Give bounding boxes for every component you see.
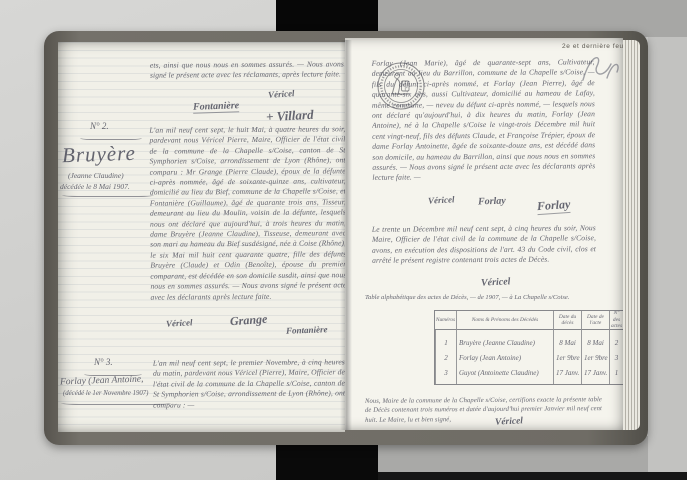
table-row-1-num: 1 [435,330,456,351]
right-page-edge-stack [623,40,640,430]
table-header-noms: Noms & Prénoms des Décédés [456,311,553,330]
table-header-date-deces: Date du décès [553,311,581,330]
table-row-1-name: Bruyère (Jeanne Claudine) [456,330,553,351]
table-row-3-acte: 17 Janv. [581,366,609,384]
act3-margin-name: Forlay (Jean Antoine, [60,375,144,388]
table-header-no-actes: N° des actes [609,311,623,330]
act3-margin-death-note: (décédé le 1er Novembre 1907) [63,390,148,397]
table-row-1-death: 8 Mai [553,330,581,351]
certification-text: Nous, Maire de la commune de la Chapelle… [365,395,602,427]
act2-deceased-name: Bruyère [62,141,137,169]
act2-death-note-rule [62,193,154,197]
left-page: ets, ainsi que nous nous en sommes assur… [58,42,345,432]
table-row-2-no: 3 [609,351,623,366]
closing-statement-text: Le trente un Décembre mil neuf cent sept… [372,223,596,275]
act3-signature-vericel: Véricel [428,194,455,205]
act2-margin-number: N° 2. [90,121,109,131]
page-gutter-shadow [340,40,352,430]
scanner-bed-right [648,37,687,473]
deaths-table: Numéros Noms & Prénoms des Décédés Date … [434,310,624,385]
table-row-2-num: 2 [435,351,456,366]
table-row-3-death: 17 Janv. [553,366,581,384]
deaths-table-title: Table alphabétique des actes de Décès, —… [365,294,570,301]
act2-deceased-firstnames: (Jeanne Claudine) [68,171,124,180]
scan-gap-top-black [276,0,378,34]
act3-body-text: L'an mil neuf cent sept, le premier Nove… [153,357,345,410]
act1-closing-text: ets, ainsi que nous nous en sommes assur… [150,59,344,96]
right-page: 2e et dernière feuille Forlay (Jean Mari… [345,38,623,430]
table-row-3-name: Guyot (Antoinette Claudine) [456,366,553,384]
table-header-date-acte: Date de l'acte [581,311,609,330]
act3-signature-forlay-2: Forlay [536,197,570,215]
act2-signature-fontaniere: Fontanière [286,324,328,335]
act2-margin-rule [80,136,142,140]
act1-signature-fontaniere: Fontanière [193,100,240,114]
certification-signature: Véricel [495,416,523,427]
act2-body-text: L'an mil neuf cent sept, le huit Mai, à … [149,124,346,316]
act2-signature-vericel: Véricel [166,317,193,328]
register-book-cover: ets, ainsi que nous nous en sommes assur… [44,31,648,445]
act1-signature-villard: + Villard [266,107,314,125]
table-row-2-acte: 1er 9bre [581,351,609,366]
scan-strip-bottom-black [378,472,687,480]
register-scan: ets, ainsi que nous nous en sommes assur… [0,0,687,480]
closing-signature: Véricel [481,276,511,289]
act1-signature-vericel: Véricel [268,88,295,100]
table-row-1-no: 2 [609,330,623,351]
table-row-3-no: 1 [609,366,623,384]
act2-death-note: décédée le 8 Mai 1907. [60,182,130,191]
act3-signature-forlay-1: Forlay [478,196,506,208]
act3-continuation-text: Forlay (Jean Marie), âgé de quarante-sep… [372,57,596,182]
table-row-1-acte: 8 Mai [581,330,609,351]
table-row-2-death: 1er 9bre [553,351,581,366]
act2-signature-grange: Grange [230,312,268,330]
table-header-numeros: Numéros [435,311,456,330]
act3-margin-number: N° 3. [94,357,113,367]
table-row-3-num: 3 [435,366,456,384]
table-row-2-name: Forlay (Jean Antoine) [456,351,553,366]
